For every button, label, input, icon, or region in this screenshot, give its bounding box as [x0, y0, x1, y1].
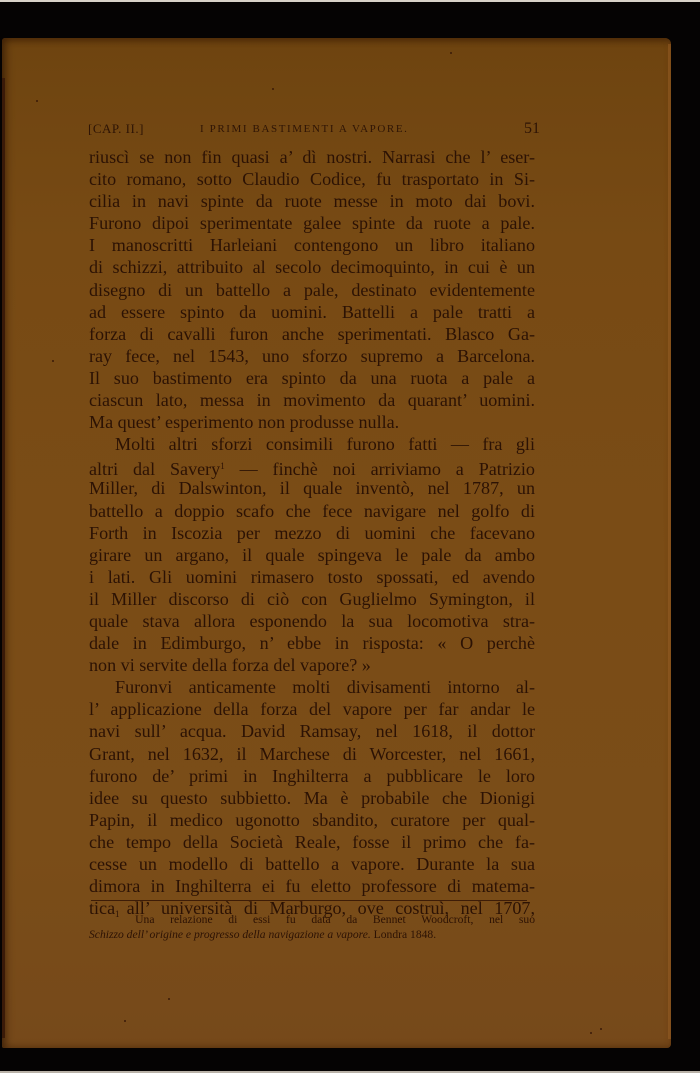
text-line-with-footnote: altri dal Savery1 — finchè noi arriviamo…	[89, 455, 535, 477]
text-line: cesse un modello di battello a vapore. D…	[89, 853, 535, 875]
text-line: Il suo bastimento era spinto da una ruot…	[89, 367, 535, 389]
text-line: riuscì se non fin quasi a’ dì nostri. Na…	[89, 146, 535, 168]
text-line: i lati. Gli uomini rimasero tosto spossa…	[89, 566, 535, 588]
text-line: Grant, nel 1632, il Marchese di Worceste…	[89, 743, 535, 765]
paper-speck	[272, 88, 274, 90]
paragraph-start-line: Furonvi anticamente molti divisamenti in…	[89, 676, 535, 698]
text-line: dimora in Inghilterra ei fu eletto profe…	[89, 875, 535, 897]
footnote-text: Una relazione di essi fu data da Bennet …	[135, 913, 535, 926]
text-line: battello a doppio scafo che fece navigar…	[89, 500, 535, 522]
text-line: ray fece, nel 1543, uno sforzo supremo a…	[89, 345, 535, 367]
text-line: girare un argano, il quale spingeva le p…	[89, 544, 535, 566]
text-line: quale stava allora esponendo la sua loco…	[89, 610, 535, 632]
text-line: Papin, il medico ugonotto sbandito, cura…	[89, 809, 535, 831]
text-line: navi sull’ acqua. David Ramsay, nel 1618…	[89, 720, 535, 742]
text-fragment: — finchè noi arriviamo a Patrizio	[225, 459, 535, 479]
running-title: I PRIMI BASTIMENTI A VAPORE.	[200, 123, 409, 135]
footnote-marker: 1	[115, 909, 120, 919]
paper-speck	[600, 1028, 602, 1030]
text-line: ciascun lato, messa in movimento da quar…	[89, 389, 535, 411]
footnote-text: Londra 1848.	[371, 928, 436, 941]
paper-speck	[52, 360, 54, 362]
footnote-line: 1 Una relazione di essi fu data da Benne…	[89, 907, 535, 927]
text-line: l’ applicazione della forza del vapore p…	[89, 698, 535, 720]
text-line: il Miller discorso di ciò con Guglielmo …	[89, 588, 535, 610]
footnote-divider	[91, 900, 527, 901]
footnote-book-title: Schizzo dell’ origine e progresso della …	[89, 928, 371, 941]
footnote: 1 Una relazione di essi fu data da Benne…	[89, 907, 535, 942]
paper-speck	[450, 52, 452, 54]
paper-speck	[36, 100, 38, 102]
text-line: disegno di un battello a pale, destinato…	[89, 279, 535, 301]
scan-top-edge	[0, 0, 700, 2]
text-line: forza di cavalli furon anche sperimentat…	[89, 323, 535, 345]
paper-speck	[168, 998, 170, 1000]
text-line: idee su questo subbietto. Ma è probabile…	[89, 787, 535, 809]
text-line: cito romano, sotto Claudio Codice, fu tr…	[89, 168, 535, 190]
running-head: [CAP. II.] I PRIMI BASTIMENTI A VAPORE. …	[88, 121, 540, 139]
text-line: non vi servite della forza del vapore? »	[89, 654, 535, 676]
text-line: Ma quest’ esperimento non produsse nulla…	[89, 411, 535, 433]
text-line: Miller, di Dalswinton, il quale inventò,…	[89, 477, 535, 499]
text-line: cilia in navi spinte da ruote messe in m…	[89, 190, 535, 212]
text-line: Forth in Iscozia per mezzo di uomini che…	[89, 522, 535, 544]
page-number: 51	[524, 120, 540, 138]
text-line: ad essere spinto da uomini. Battelli a p…	[89, 301, 535, 323]
text-line: dale in Edimburgo, n’ ebbe in risposta: …	[89, 632, 535, 654]
chapter-label: [CAP. II.]	[88, 121, 144, 137]
body-text: riuscì se non fin quasi a’ dì nostri. Na…	[89, 146, 535, 919]
paragraph-start-line: Molti altri sforzi consimili furono fatt…	[89, 433, 535, 455]
paper-speck	[590, 1032, 592, 1034]
text-line: furono de’ primi in Inghilterra a pubbli…	[89, 765, 535, 787]
text-line: Furono dipoi sperimentate galee spinte d…	[89, 212, 535, 234]
text-line: I manoscritti Harleiani contengono un li…	[89, 234, 535, 256]
text-line: che tempo della Società Reale, fosse il …	[89, 831, 535, 853]
footnote-line: Schizzo dell’ origine e progresso della …	[89, 927, 535, 942]
text-fragment: altri dal Savery	[89, 459, 220, 479]
paper-speck	[124, 1020, 126, 1022]
text-line: di schizzi, attribuito al secolo decimoq…	[89, 256, 535, 278]
